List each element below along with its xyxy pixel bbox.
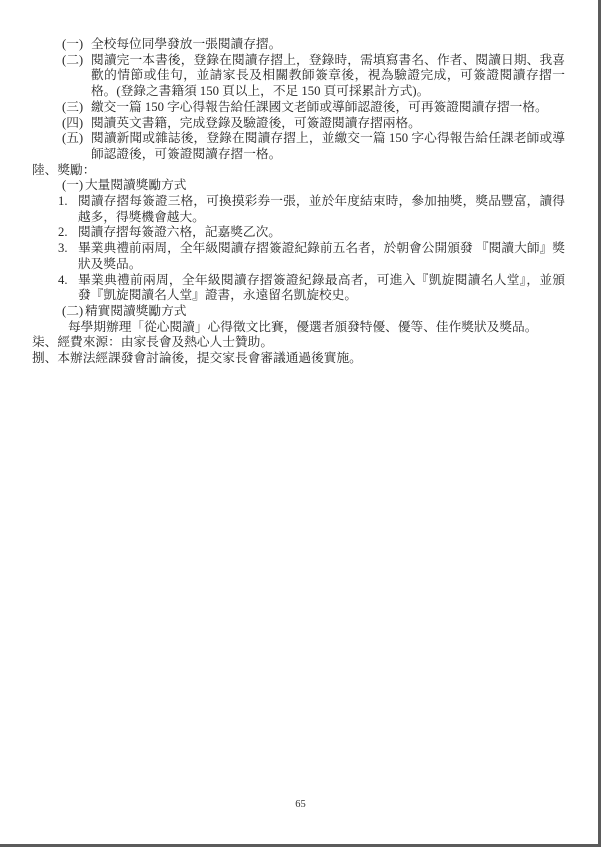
paragraph-text: 閱讀英文書籍，完成登錄及驗證後，可簽證閱讀存摺兩格。 [91, 116, 421, 130]
paragraph-plain-indent: 每學期辦理「從心閱讀」心得徵文比賽，優選者頒發特優、優等、佳作獎狀及獎品。 [0, 320, 565, 336]
list-label: (五) [62, 131, 83, 147]
list-label: (二) [62, 304, 83, 320]
paragraph-text: 繳交一篇 150 字心得報告給任課國文老師或導師認證後，可再簽證閱讀存摺一格。 [91, 100, 548, 114]
paragraph-text: 閱讀新聞或雜誌後，登錄在閱讀存摺上，並繳交一篇 150 字心得報告給任課老師或導… [91, 131, 565, 161]
paragraph-item-paren: (三)繳交一篇 150 字心得報告給任課國文老師或導師認證後，可再簽證閱讀存摺一… [0, 100, 565, 116]
paragraph-text: 畢業典禮前兩周，全年級閱讀存摺簽證紀錄最高者，可進入『凱旋閱讀名人堂』，並頒發『… [78, 273, 565, 303]
paragraph-text: 經費來源：由家長會及熱心人士贊助。 [57, 335, 273, 349]
paragraph-text: 閱讀完一本書後，登錄在閱讀存摺上，登錄時，需填寫書名、作者、閱讀日期、我喜歡的情… [91, 53, 565, 98]
paragraph-numbered: 4.畢業典禮前兩周，全年級閱讀存摺簽證紀錄最高者，可進入『凱旋閱讀名人堂』，並頒… [0, 273, 565, 304]
paragraph-section: 捌、本辦法經課發會討論後，提交家長會審議通過後實施。 [0, 351, 565, 367]
paragraph-text: 本辦法經課發會討論後，提交家長會審議通過後實施。 [57, 351, 362, 365]
list-label: 柒、 [32, 335, 57, 349]
paragraph-text: 每學期辦理「從心閱讀」心得徵文比賽，優選者頒發特優、優等、佳作獎狀及獎品。 [68, 320, 537, 334]
paragraph-item-paren: (一)全校每位同學發放一張閱讀存摺。 [0, 37, 565, 53]
paragraph-text: 精實閱讀獎勵方式 [85, 304, 187, 318]
list-label: 捌、 [32, 351, 57, 365]
paragraph-text: 閱讀存摺每簽證六格，記嘉獎乙次。 [78, 225, 281, 239]
list-label: (三) [62, 100, 83, 116]
list-label: (一) [62, 37, 83, 53]
paragraph-numbered: 2.閱讀存摺每簽證六格，記嘉獎乙次。 [0, 225, 565, 241]
list-label: 3. [58, 241, 68, 257]
list-label: (一) [62, 178, 83, 194]
paragraph-item-paren: (二)閱讀完一本書後，登錄在閱讀存摺上，登錄時，需填寫書名、作者、閱讀日期、我喜… [0, 53, 565, 100]
paragraph-text: 畢業典禮前兩周，全年級閱讀存摺簽證紀錄前五名者，於朝會公開頒發 『閱讀大師』獎狀… [78, 241, 565, 271]
paragraph-item-paren: (五)閱讀新聞或雜誌後，登錄在閱讀存摺上，並繳交一篇 150 字心得報告給任課老… [0, 131, 565, 162]
paragraph-text: 大量閱讀獎勵方式 [85, 178, 187, 192]
document-body: (一)全校每位同學發放一張閱讀存摺。(二)閱讀完一本書後，登錄在閱讀存摺上，登錄… [0, 37, 565, 367]
page-number: 65 [0, 798, 601, 812]
paragraph-section: 柒、經費來源：由家長會及熱心人士贊助。 [0, 335, 565, 351]
list-label: 1. [58, 194, 68, 210]
paragraph-numbered: 3.畢業典禮前兩周，全年級閱讀存摺簽證紀錄前五名者，於朝會公開頒發 『閱讀大師』… [0, 241, 565, 272]
paragraph-section: 陸、獎勵： [0, 163, 565, 179]
list-label: (四) [62, 116, 83, 132]
list-label: 陸、 [32, 163, 57, 177]
paragraph-text: 全校每位同學發放一張閱讀存摺。 [91, 37, 281, 51]
list-label: (二) [62, 53, 83, 69]
paragraph-item-paren: (四)閱讀英文書籍，完成登錄及驗證後，可簽證閱讀存摺兩格。 [0, 116, 565, 132]
paragraph-text: 獎勵： [57, 163, 95, 177]
paragraph-text: 閱讀存摺每簽證三格，可換摸彩券一張，並於年度結束時，參加抽獎，獎品豐富，讀得越多… [78, 194, 565, 224]
document-page: (一)全校每位同學發放一張閱讀存摺。(二)閱讀完一本書後，登錄在閱讀存摺上，登錄… [0, 0, 601, 847]
paragraph-sub-paren: (二)精實閱讀獎勵方式 [0, 304, 565, 320]
list-label: 2. [58, 225, 68, 241]
list-label: 4. [58, 273, 68, 289]
paragraph-sub-paren: (一)大量閱讀獎勵方式 [0, 178, 565, 194]
paragraph-numbered: 1.閱讀存摺每簽證三格，可換摸彩券一張，並於年度結束時，參加抽獎，獎品豐富，讀得… [0, 194, 565, 225]
